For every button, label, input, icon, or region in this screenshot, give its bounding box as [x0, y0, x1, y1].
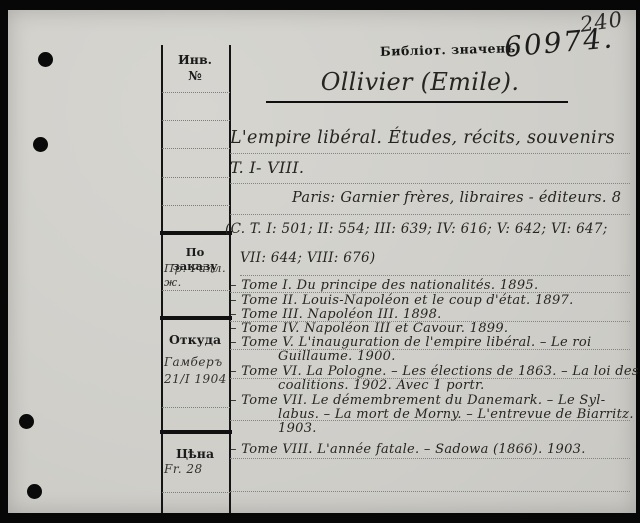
- tome-entry: – Tome VI. La Pologne. – Les élections d…: [230, 364, 630, 379]
- ruled-line: [162, 205, 230, 206]
- tome-entry-continuation: Guillaume. 1900.: [230, 349, 630, 363]
- inventory-label: Инв.: [162, 52, 228, 67]
- library-stamp-label: Библіот. значенъ:: [380, 40, 521, 59]
- shelf-number: 60974.: [503, 21, 615, 63]
- tome-entry: – Tome V. L'inauguration de l'empire lib…: [230, 335, 630, 350]
- pagination-line-1: (C. T. I: 501; II: 554; III: 639; IV: 61…: [225, 221, 630, 246]
- tome-entry: – Tome II. Louis-Napoléon et le coup d'é…: [230, 293, 630, 307]
- volumes-line: T. I- VIII.: [230, 158, 630, 184]
- section-divider: [160, 430, 232, 434]
- punch-hole: [19, 414, 34, 429]
- inventory-label-number-sign: №: [162, 68, 228, 83]
- tome-entry: – Tome VIII. L'année fatale. – Sadowa (1…: [230, 442, 630, 459]
- ruled-line: [162, 120, 230, 121]
- punch-hole: [33, 137, 48, 152]
- order-value: Пр. Ралл. ж.: [164, 261, 230, 289]
- tome-entry-continuation: 1903.: [230, 421, 630, 435]
- tome-entry: – Tome III. Napoléon III. 1898.: [230, 307, 630, 322]
- ruled-line: [162, 148, 230, 149]
- tome-entry: – Tome I. Du principe des nationalités. …: [230, 278, 630, 293]
- origin-value-line2: 21/I 1904: [164, 372, 230, 386]
- pagination-line-2: VII: 644; VIII: 676): [240, 250, 630, 276]
- ruled-line: [230, 491, 630, 492]
- origin-label: Откуда: [162, 332, 228, 347]
- ruled-line: [162, 407, 230, 408]
- punch-hole: [27, 484, 42, 499]
- ruled-line: [162, 290, 230, 291]
- tome-entry: – Tome IV. Napoléon III et Cavour. 1899.: [230, 321, 630, 335]
- ruled-line: [162, 92, 230, 93]
- column-border-left: [161, 45, 163, 513]
- section-divider: [160, 231, 232, 235]
- tome-entry-continuation: coalitions. 1902. Avec 1 portr.: [230, 378, 630, 392]
- tome-entry: – Tome VII. Le démembrement du Danemark.…: [230, 393, 630, 407]
- title-line: L'empire libéral. Études, récits, souven…: [230, 128, 630, 154]
- imprint-line: Paris: Garnier frères, libraires - édite…: [230, 190, 630, 215]
- scanned-catalog-card: 240 Библіот. значенъ: 60974. Инв. № По з…: [0, 0, 640, 523]
- tome-entry-continuation: labus. – La mort de Morny. – L'entrevue …: [230, 407, 630, 421]
- ruled-line: [162, 492, 230, 493]
- price-label: Цѣна: [162, 446, 228, 461]
- ruled-line: [162, 177, 230, 178]
- card-paper: 240 Библіот. значенъ: 60974. Инв. № По з…: [8, 10, 636, 513]
- section-divider: [160, 316, 232, 320]
- origin-value-line1: Гамберъ: [164, 355, 230, 369]
- author-heading: Ollivier (Emile).: [270, 68, 570, 96]
- author-underline: [266, 101, 568, 103]
- punch-hole: [38, 52, 53, 67]
- price-value: Fr. 28: [164, 462, 230, 476]
